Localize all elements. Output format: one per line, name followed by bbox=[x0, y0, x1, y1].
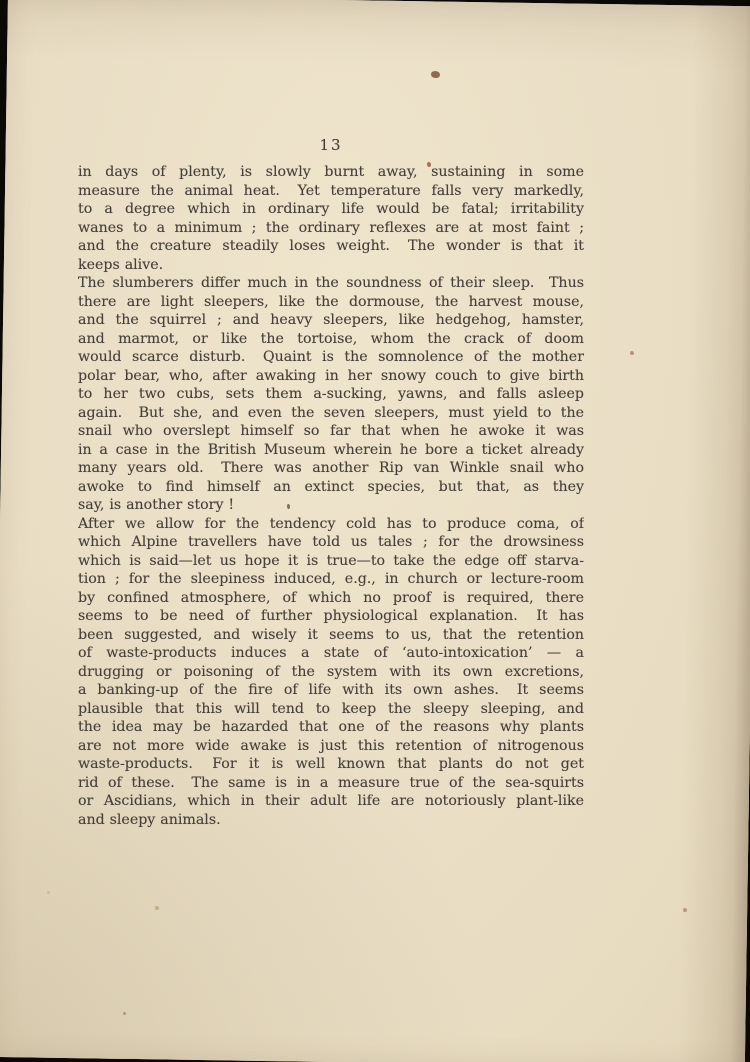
text-line: awoke to find himself an extinct species… bbox=[78, 478, 584, 497]
paper-speck bbox=[47, 891, 50, 894]
text-line: keeps alive. bbox=[78, 256, 584, 275]
page-number: 13 bbox=[78, 136, 584, 154]
text-line: in a case in the British Museum wherein … bbox=[78, 441, 584, 460]
paper-speck bbox=[155, 906, 159, 910]
text-line: or Ascidians, which in their adult life … bbox=[78, 792, 584, 811]
text-line: to her two cubs, sets them a-sucking, ya… bbox=[78, 385, 584, 404]
text-line: rid of these. The same is in a measure t… bbox=[78, 774, 584, 793]
paper-speck bbox=[630, 351, 634, 355]
text-line: which Alpine travellers have told us tal… bbox=[78, 533, 584, 552]
text-line: say, is another story ! bbox=[78, 496, 584, 515]
text-line: and the creature steadily loses weight. … bbox=[78, 237, 584, 256]
paper-speck bbox=[123, 1012, 126, 1015]
text-line: polar bear, who, after awaking in her sn… bbox=[78, 367, 584, 386]
text-line: measure the animal heat. Yet temperature… bbox=[78, 182, 584, 201]
paper-speck bbox=[287, 504, 290, 509]
text-line: there are light sleepers, like the dormo… bbox=[78, 293, 584, 312]
text-line: wanes to a minimum ; the ordinary reflex… bbox=[78, 219, 584, 238]
text-line: to a degree which in ordinary life would… bbox=[78, 200, 584, 219]
text-line: the idea may be hazarded that one of the… bbox=[78, 718, 584, 737]
text-line: seems to be need of further physiologica… bbox=[78, 607, 584, 626]
text-line: would scarce disturb. Quaint is the somn… bbox=[78, 348, 584, 367]
text-line: drugging or poisoning of the system with… bbox=[78, 663, 584, 682]
paper-speck bbox=[427, 162, 431, 167]
text-line: by confined atmosphere, of which no proo… bbox=[78, 589, 584, 608]
text-line: are not more wide awake is just this ret… bbox=[78, 737, 584, 756]
text-line: and sleepy animals. bbox=[78, 811, 584, 830]
page-content: 13 in days of plenty, is slowly burnt aw… bbox=[0, 0, 750, 1062]
text-line: many years old. There was another Rip va… bbox=[78, 459, 584, 478]
paper-speck bbox=[683, 908, 687, 912]
text-line: and the squirrel ; and heavy sleepers, l… bbox=[78, 311, 584, 330]
text-line: tion ; for the sleepiness induced, e.g.,… bbox=[78, 570, 584, 589]
text-line: plausible that this will tend to keep th… bbox=[78, 700, 584, 719]
text-line: again. But she, and even the seven sleep… bbox=[78, 404, 584, 423]
text-line: in days of plenty, is slowly burnt away,… bbox=[78, 163, 584, 182]
text-line: which is said—let us hope it is true—to … bbox=[78, 552, 584, 571]
text-line: After we allow for the tendency cold has… bbox=[78, 515, 584, 534]
paper-speck bbox=[431, 71, 440, 78]
text-line: been suggested, and wisely it seems to u… bbox=[78, 626, 584, 645]
text-line: a banking-up of the fire of life with it… bbox=[78, 681, 584, 700]
text-line: The slumberers differ much in the soundn… bbox=[78, 274, 584, 293]
text-line: and marmot, or like the tortoise, whom t… bbox=[78, 330, 584, 349]
text-line: of waste-products induces a state of ‘au… bbox=[78, 644, 584, 663]
text-line: snail who overslept himself so far that … bbox=[78, 422, 584, 441]
scanned-book-page: 13 in days of plenty, is slowly burnt aw… bbox=[0, 0, 750, 1062]
text-block: in days of plenty, is slowly burnt away,… bbox=[78, 163, 584, 829]
text-line: waste-products. For it is well known tha… bbox=[78, 755, 584, 774]
